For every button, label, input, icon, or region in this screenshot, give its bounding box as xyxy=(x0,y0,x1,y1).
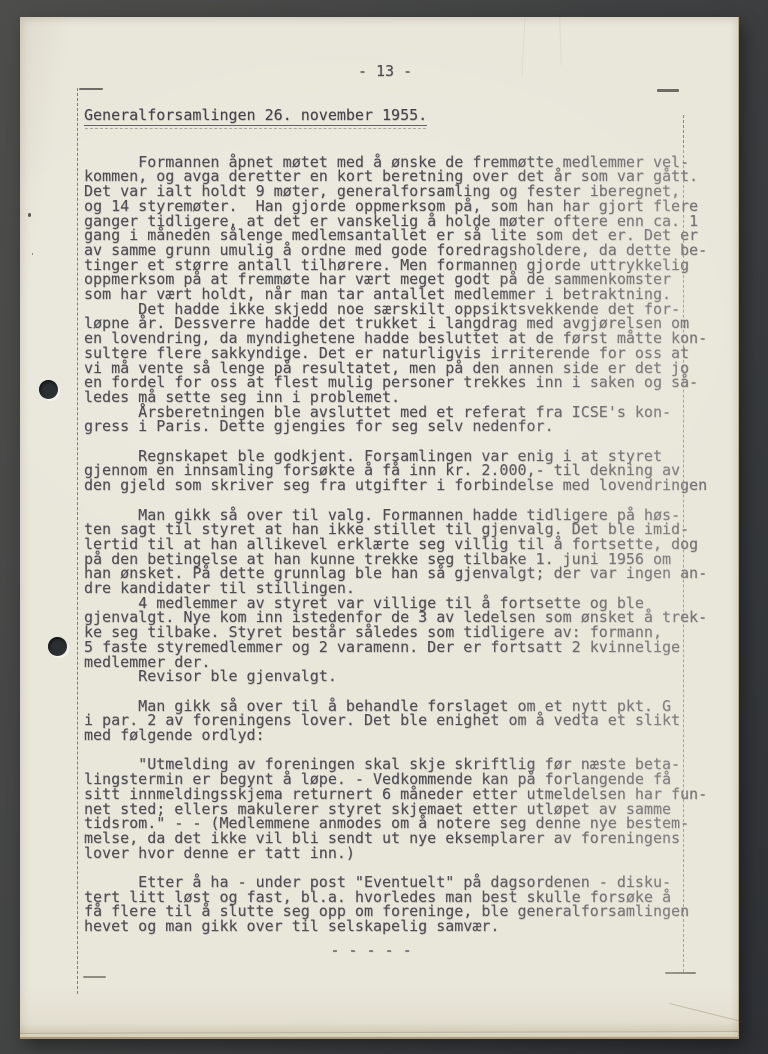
margin-corner-mark xyxy=(83,976,106,978)
paragraph: Man gikk så over til valg. Formannen had… xyxy=(84,508,686,596)
paragraph: Man gikk så over til å behandle forslage… xyxy=(84,699,686,743)
corner-crease xyxy=(669,1003,742,1022)
section-title: Generalforsamlingen 26. november 1955. xyxy=(84,108,427,127)
page-number: - 13 - xyxy=(84,64,686,79)
paper-speck xyxy=(28,213,31,217)
paragraph: 4 medlemmer av styret var villige til å … xyxy=(84,596,686,670)
end-divider: - - - - - xyxy=(70,943,672,958)
paragraph: Formannen åpnet møtet med å ønske de fre… xyxy=(84,155,686,302)
bottom-fold-crease xyxy=(20,1021,738,1034)
paragraph: Det hadde ikke skjedd noe særskilt oppsi… xyxy=(84,302,686,405)
paragraph: Regnskapet ble godkjent. Forsamlingen va… xyxy=(84,449,686,493)
photo-background: - 13 - Generalforsamlingen 26. november … xyxy=(0,0,768,1054)
typewritten-content: - 13 - Generalforsamlingen 26. november … xyxy=(84,17,686,958)
punch-hole-top xyxy=(39,380,58,399)
punch-hole-bottom xyxy=(48,637,67,656)
document-page: - 13 - Generalforsamlingen 26. november … xyxy=(20,17,739,1039)
margin-corner-mark xyxy=(665,972,696,974)
paragraph: "Utmelding av foreningen skal skje skrif… xyxy=(84,757,686,860)
paragraph: Årsberetningen ble avsluttet med et refe… xyxy=(84,405,686,434)
paragraph: Etter å ha - under post "Eventuelt" på d… xyxy=(84,875,686,934)
left-margin-line xyxy=(77,88,78,994)
paragraph: Revisor ble gjenvalgt. xyxy=(84,669,686,684)
title-row: Generalforsamlingen 26. november 1955. xyxy=(84,108,686,129)
